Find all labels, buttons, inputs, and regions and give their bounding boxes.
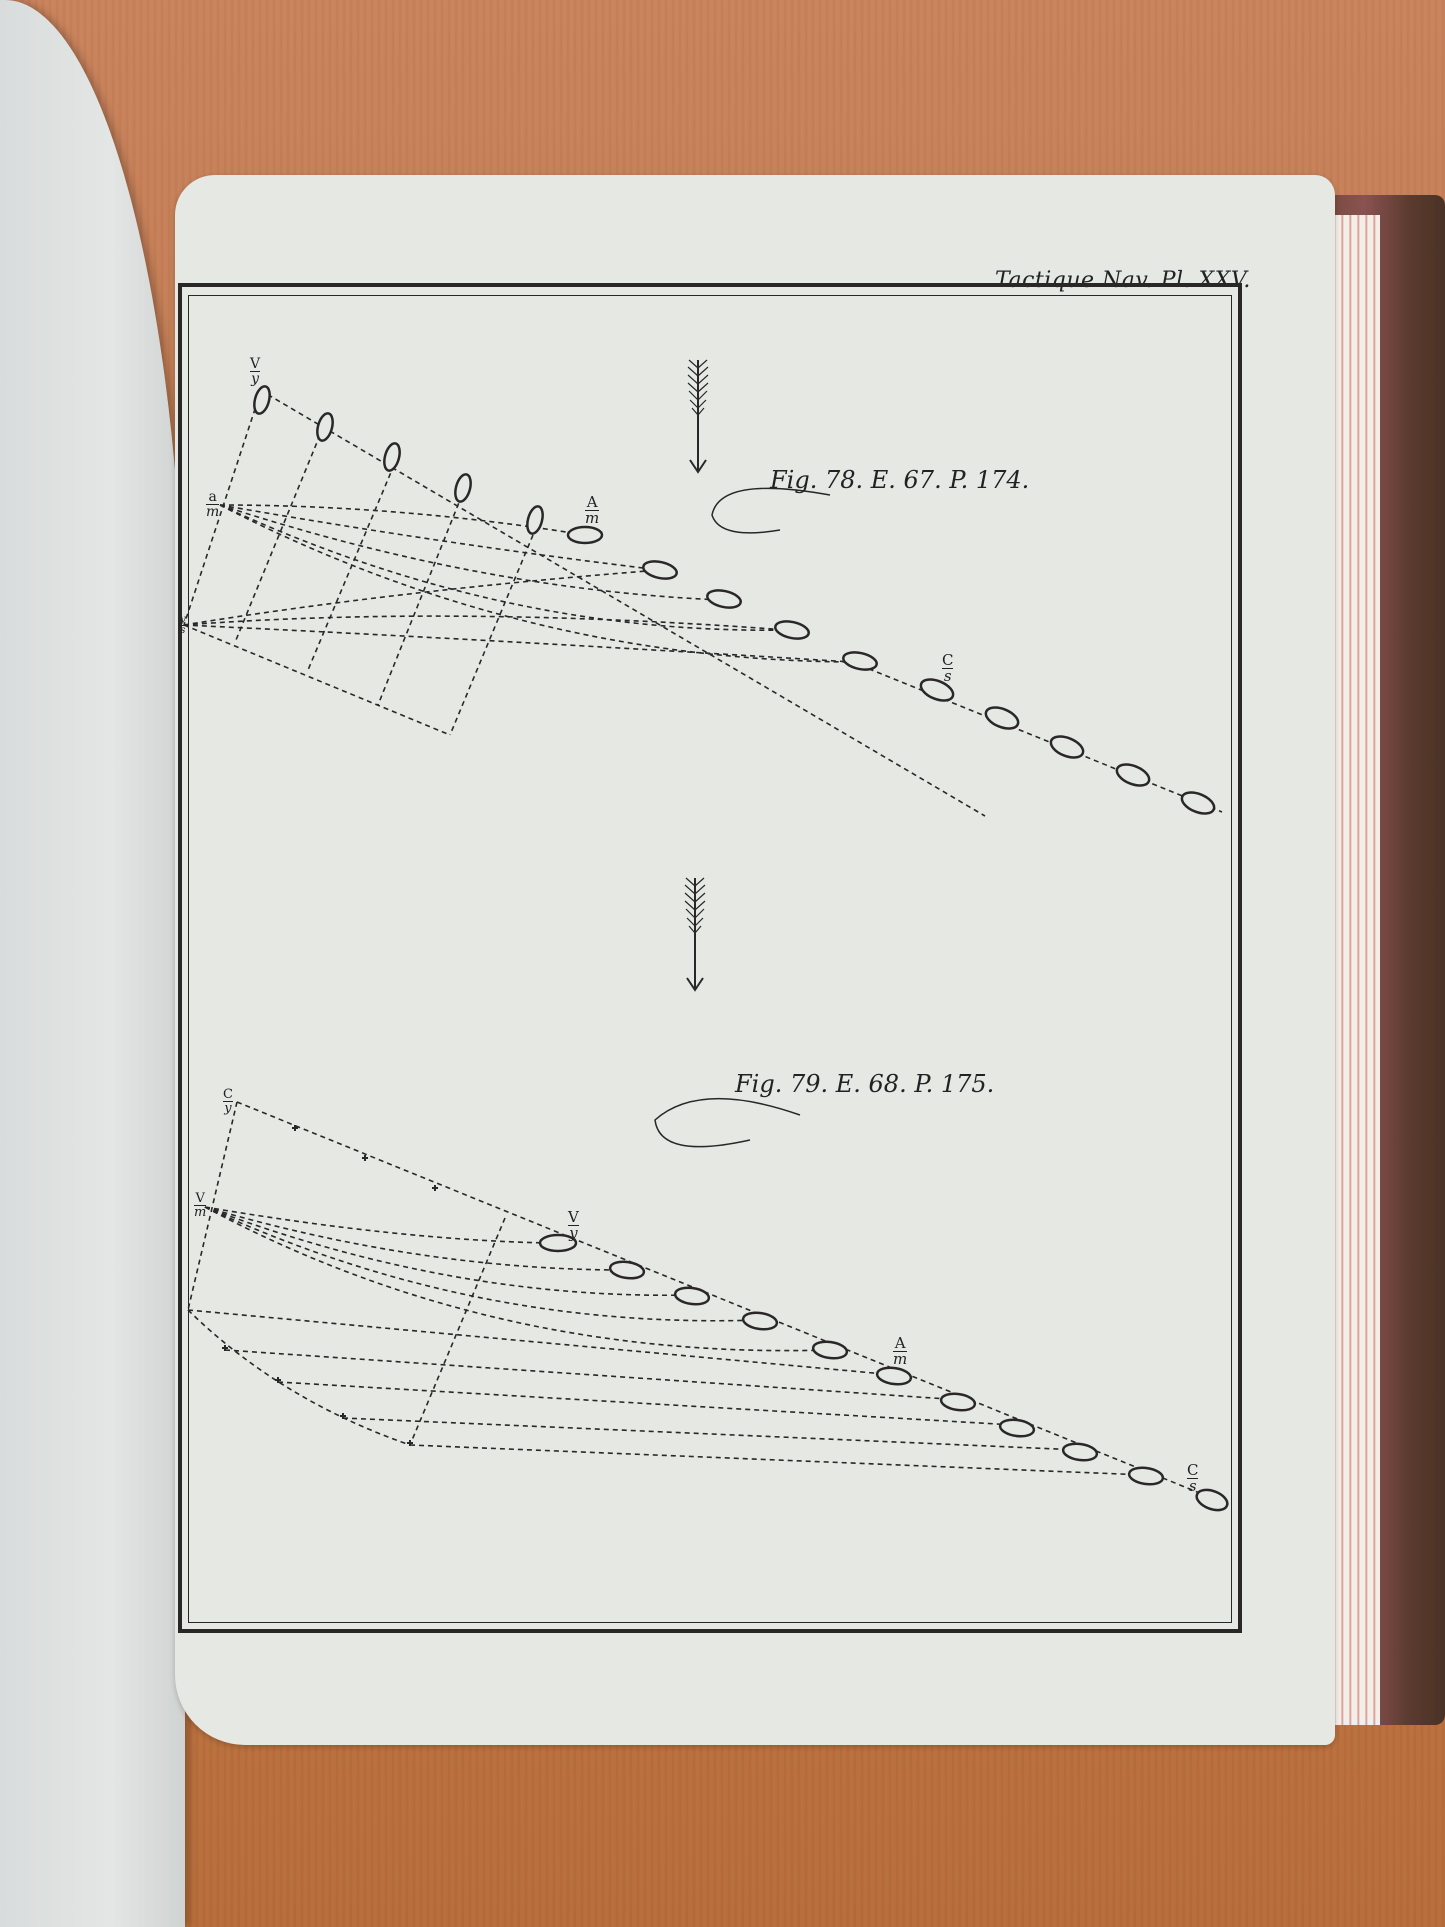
fig79-label-Vm: V m — [194, 1192, 206, 1219]
fig78-label-ys: y s — [180, 615, 186, 636]
fig79-label-Cs: C s — [1187, 1463, 1198, 1494]
fig79-cross-marks — [222, 1125, 438, 1446]
fig78-drawing — [184, 360, 1222, 818]
wind-arrow-icon — [688, 360, 708, 472]
fig79-ships — [540, 1235, 1230, 1514]
fig79-label-Am: A m — [893, 1336, 907, 1367]
wind-arrow-icon — [685, 878, 705, 990]
fig78-label-Cs: C s — [942, 653, 953, 684]
plate-drawing — [0, 0, 1445, 1927]
fig78-label-am: a m — [206, 490, 219, 519]
fig78-ships — [252, 385, 1218, 818]
fig79-caption: Fig. 79. E. 68. P. 175. — [735, 1070, 994, 1098]
fig79-label-cy: C y — [223, 1088, 233, 1115]
fig79-flourish — [655, 1099, 800, 1147]
fig79-drawing — [188, 878, 1230, 1514]
fig79-label-Vy: V y — [568, 1210, 579, 1241]
fig78-caption: Fig. 78. E. 67. P. 174. — [770, 466, 1029, 494]
fig78-flourish — [712, 488, 830, 533]
fig78-label-Am: A m — [585, 495, 599, 526]
fig78-label-vy: V y — [250, 357, 260, 386]
